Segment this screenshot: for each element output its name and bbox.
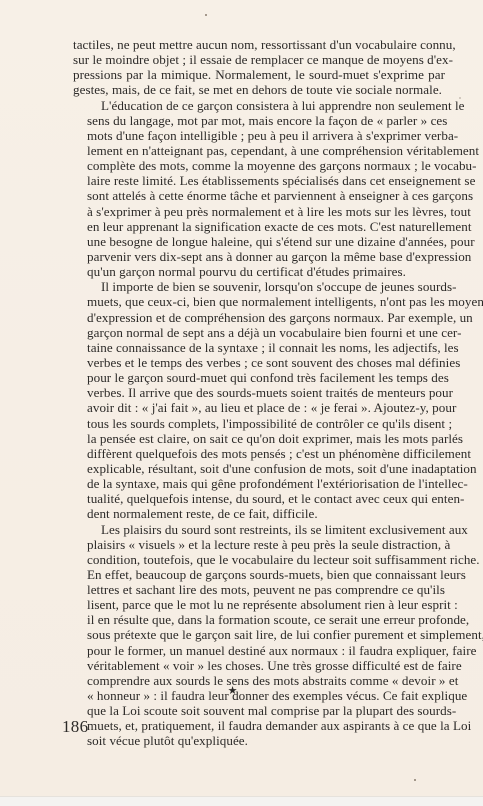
text-line: laire reste limité. Les établissements s… [73,173,445,188]
text-line: avoir dit : « j'ai fait », au lieu et pl… [73,400,445,415]
text-line: d'expression et de compréhension des gar… [73,310,445,325]
text-line: tous les sourds complets, l'impossibilit… [73,416,445,431]
paragraph-3: Il importe de bien se souvenir, lorsqu'o… [73,279,445,521]
text-line: garçon normal de sept ans a déjà un voca… [73,325,445,340]
text-line: muets, que ceux-ci, bien que normalement… [73,294,445,309]
paragraph-4: Les plaisirs du sourd sont restreints, i… [73,522,445,749]
text-line: dent normalement reste, de ce fait, diff… [73,506,445,521]
text-line: lisent, parce que le mot lu ne représent… [73,597,445,612]
text-line: que la Loi scoute soit souvent mal compr… [73,703,445,718]
text-line: mots d'une façon intelligible ; peu à pe… [73,128,445,143]
paper-speck [205,14,207,16]
text-line: qu'un garçon normal pourvu du certificat… [73,264,445,279]
page-number: 186 [62,717,88,737]
text-line: diffèrent quelquefois des mots pensés ; … [73,446,445,461]
text-line: la pensée est claire, on sait ce qu'on d… [73,431,445,446]
text-line: L'éducation de ce garçon consistera à lu… [73,98,445,113]
text-line: véritablement « voir » les choses. Une t… [73,658,445,673]
paper-speck [459,97,461,99]
text-line: sur le moindre objet ; il essaie de remp… [73,52,445,67]
text-line: à s'exprimer à peu près normalement et à… [73,204,445,219]
text-line: Il importe de bien se souvenir, lorsqu'o… [73,279,445,294]
text-line: plaisirs « visuels » et la lecture reste… [73,537,445,552]
paragraph-2: L'éducation de ce garçon consistera à lu… [73,98,445,280]
text-line: parvenir vers dix-sept ans à donner au g… [73,249,445,264]
text-line: verbes. Il arrive que des sourds-muets s… [73,385,445,400]
star-icon: ★ [228,684,238,697]
book-page: tactiles, ne peut mettre aucun nom, ress… [0,0,483,796]
section-separator: ★ [0,684,483,697]
text-line: tualité, quelquefois intense, du sourd, … [73,491,445,506]
text-line: tactiles, ne peut mettre aucun nom, ress… [73,37,445,52]
text-line: muets, et, pratiquement, il faudra deman… [73,718,445,733]
text-line: lettres et sachant lire des mots, peuven… [73,582,445,597]
text-line: lement en n'atteignant pas, cependant, à… [73,143,445,158]
text-line: En effet, beaucoup de garçons sourds-mue… [73,567,445,582]
text-line: Les plaisirs du sourd sont restreints, i… [73,522,445,537]
text-line: soit vécue plutôt qu'expliquée. [73,733,445,748]
text-line: explicable, résultant, soit d'une confus… [73,461,445,476]
text-line: sens du langage, mot par mot, mais encor… [73,113,445,128]
text-line: une besogne de longue haleine, qui s'éte… [73,234,445,249]
text-line: il en résulte que, dans la formation sco… [73,612,445,627]
page-bottom-edge [0,796,483,806]
text-line: complète des mots, comme la moyenne des … [73,158,445,173]
text-line: taine connaissance de la syntaxe ; il co… [73,340,445,355]
text-line: sous prétexte que le garçon sait lire, d… [73,627,445,642]
paragraph-1: tactiles, ne peut mettre aucun nom, ress… [73,37,445,98]
paper-speck [414,779,416,781]
text-line: verbes et le temps des verbes ; ce sont … [73,355,445,370]
text-line: de la syntaxe, mais qui gêne profondémen… [73,476,445,491]
body-text: tactiles, ne peut mettre aucun nom, ress… [73,37,445,749]
text-line: en leur apprenant la signification exact… [73,219,445,234]
text-line: pour le former, un manuel destiné aux no… [73,643,445,658]
text-line: sont attelés à cette énorme tâche et par… [73,188,445,203]
text-line: gestes, mais, de ce fait, se met en deho… [73,82,445,97]
text-line: condition, toutefois, que le vocabulaire… [73,552,445,567]
text-line: pour le garçon sourd-muet qui confond tr… [73,370,445,385]
text-line: pressions par la mimique. Normalement, l… [73,67,445,82]
